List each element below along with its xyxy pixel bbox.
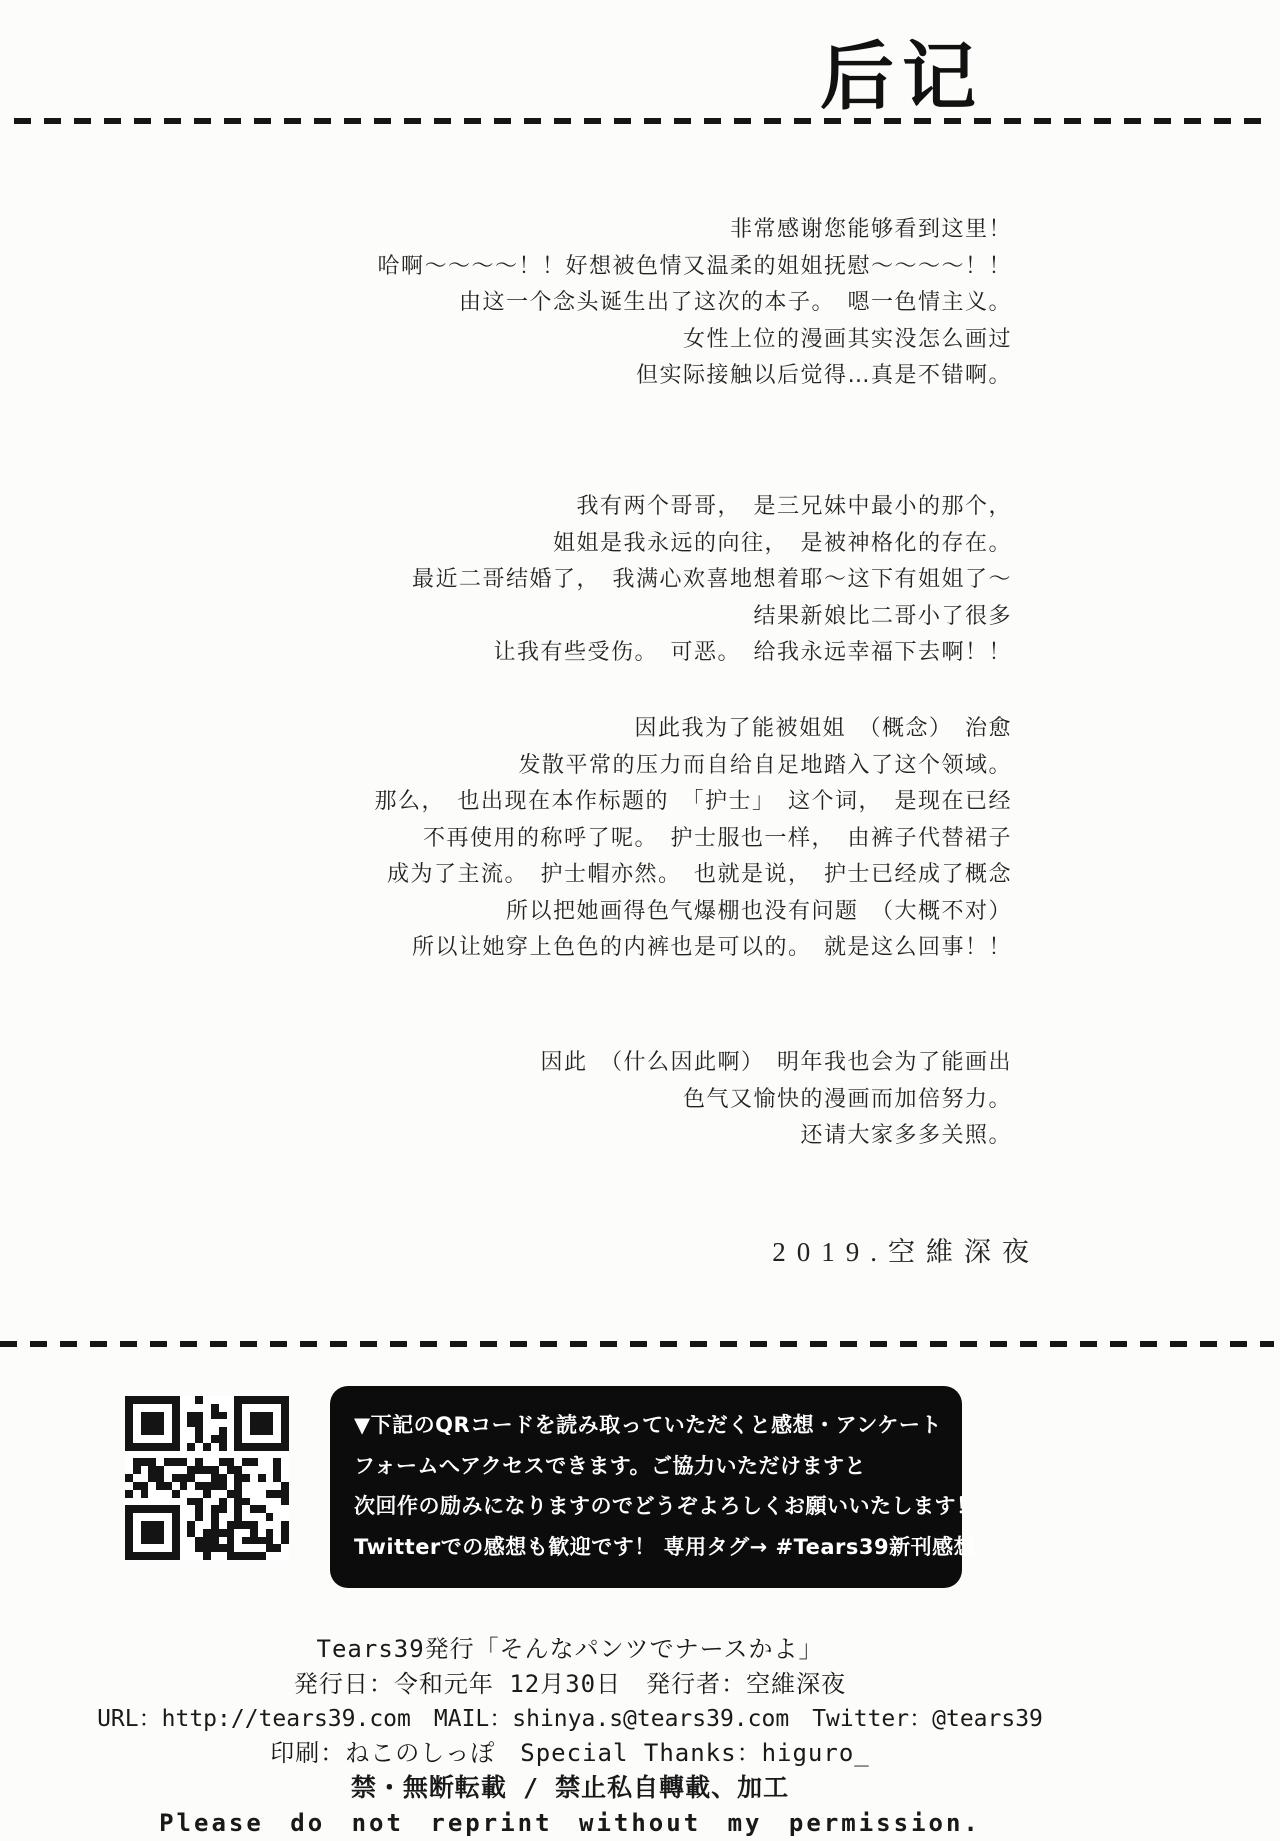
dashed-divider-top <box>14 118 1272 124</box>
page-title: 后记 <box>820 18 984 124</box>
colophon-line: Please do not reprint without my permiss… <box>20 1806 1120 1841</box>
qr-notice-box: ▼下記のQRコードを読み取っていただくと感想・アンケートフォームへアクセスできま… <box>330 1386 962 1588</box>
text-line: 那么， 也出现在本作标题的 「护士」 这个词， 是现在已经 <box>374 784 1012 821</box>
text-line: 女性上位的漫画其实没怎么画过 <box>377 322 1012 359</box>
text-line: 发散平常的压力而自给自足地踏入了这个领域。 <box>374 748 1012 785</box>
text-line: 色气又愉快的漫画而加倍努力。 <box>540 1082 1012 1119</box>
author-signature: 2019.空維深夜 <box>772 1230 1040 1269</box>
colophon: Tears39発行「そんなパンツでナースかよ」発行日：令和元年 12月30日 発… <box>20 1632 1120 1841</box>
afterword-page: 后记 非常感谢您能够看到这里！哈啊～～～～！！好想被色情又温柔的姐姐抚慰～～～～… <box>0 0 1280 1841</box>
text-line: 姐姐是我永远的向往， 是被神格化的存在。 <box>412 526 1012 563</box>
text-line: 由这一个念头诞生出了这次的本子。 嗯一色情主义。 <box>377 285 1012 322</box>
text-line: 不再使用的称呼了呢。 护士服也一样， 由裤子代替裙子 <box>374 821 1012 858</box>
text-line: 所以让她穿上色色的内裤也是可以的。 就是这么回事！！ <box>374 930 1012 967</box>
colophon-line: 禁・無断転載 / 禁止私自轉載、加工 <box>20 1771 1120 1806</box>
notice-line: 次回作の励みになりますのでどうぞよろしくお願いいたします！ <box>354 1486 946 1527</box>
text-line: 让我有些受伤。 可恶。 给我永远幸福下去啊！！ <box>412 635 1012 672</box>
afterword-paragraph-1: 非常感谢您能够看到这里！哈啊～～～～！！好想被色情又温柔的姐姐抚慰～～～～！！由… <box>377 212 1012 395</box>
notice-line: フォームへアクセスできます。ご協力いただけますと <box>354 1446 946 1487</box>
afterword-paragraph-3: 因此我为了能被姐姐 （概念） 治愈发散平常的压力而自给自足地踏入了这个领域。那么… <box>374 711 1012 967</box>
afterword-paragraph-4: 因此 （什么因此啊） 明年我也会为了能画出色气又愉快的漫画而加倍努力。还请大家多… <box>540 1045 1012 1155</box>
text-line: 结果新娘比二哥小了很多 <box>412 599 1012 636</box>
colophon-line: Tears39発行「そんなパンツでナースかよ」 <box>20 1632 1120 1667</box>
colophon-line: URL：http://tears39.com MAIL：shinya.s@tea… <box>20 1702 1120 1737</box>
text-line: 但实际接触以后觉得…真是不错啊。 <box>377 358 1012 395</box>
text-line: 最近二哥结婚了， 我满心欢喜地想着耶～这下有姐姐了～ <box>412 562 1012 599</box>
notice-line: Twitterでの感想も歓迎です！ 専用タグ→ #Tears39新刊感想 <box>354 1527 946 1568</box>
notice-line: ▼下記のQRコードを読み取っていただくと感想・アンケート <box>354 1405 946 1446</box>
afterword-paragraph-2: 我有两个哥哥， 是三兄妹中最小的那个，姐姐是我永远的向往， 是被神格化的存在。最… <box>412 489 1012 672</box>
text-line: 哈啊～～～～！！好想被色情又温柔的姐姐抚慰～～～～！！ <box>377 249 1012 286</box>
text-line: 我有两个哥哥， 是三兄妹中最小的那个， <box>412 489 1012 526</box>
colophon-line: 印刷：ねこのしっぽ Special Thanks：higuro_ <box>20 1736 1120 1771</box>
qr-code <box>125 1396 289 1560</box>
text-line: 非常感谢您能够看到这里！ <box>377 212 1012 249</box>
text-line: 因此我为了能被姐姐 （概念） 治愈 <box>374 711 1012 748</box>
dashed-divider-bottom <box>0 1341 1274 1347</box>
text-line: 因此 （什么因此啊） 明年我也会为了能画出 <box>540 1045 1012 1082</box>
text-line: 还请大家多多关照。 <box>540 1118 1012 1155</box>
text-line: 所以把她画得色气爆棚也没有问题 （大概不对） <box>374 894 1012 931</box>
colophon-line: 発行日：令和元年 12月30日 発行者：空維深夜 <box>20 1667 1120 1702</box>
text-line: 成为了主流。 护士帽亦然。 也就是说， 护士已经成了概念 <box>374 857 1012 894</box>
